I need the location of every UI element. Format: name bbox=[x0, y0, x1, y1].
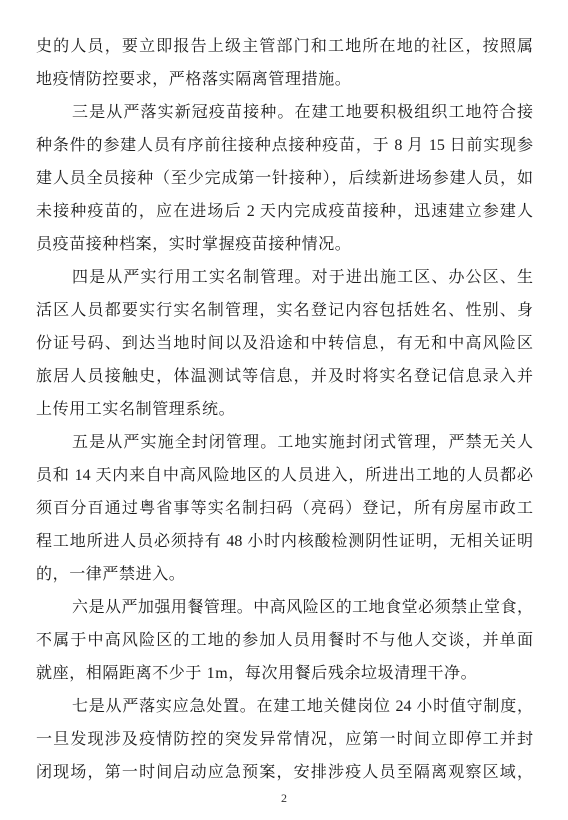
text-line: 须百分百通过粤省事等实名制扫码（亮码）登记，所有房屋市政工 bbox=[36, 492, 533, 525]
text-line: 员疫苗接种档案，实时掌握疫苗接种情况。 bbox=[36, 228, 533, 261]
paragraph-item-7: 七是从严落实应急处置。在建工地关健岗位 24 小时值守制度， 一旦发现涉及疫情防… bbox=[36, 690, 533, 789]
text-line: 旅居人员接触史，体温测试等信息，并及时将实名登记信息录入并 bbox=[36, 360, 533, 393]
text-line: 闭现场，第一时间启动应急预案，安排涉疫人员至隔离观察区域， bbox=[36, 756, 533, 789]
paragraph-continuation: 史的人员，要立即报告上级主管部门和工地所在地的社区，按照属 地疫情防控要求，严格… bbox=[36, 30, 533, 96]
paragraph-item-6: 六是从严加强用餐管理。中高风险区的工地食堂必须禁止堂食， 不属于中高风险区的工地… bbox=[36, 591, 533, 690]
text-line: 地疫情防控要求，严格落实隔离管理措施。 bbox=[36, 63, 533, 96]
paragraph-item-4: 四是从严实行用工实名制管理。对于进出施工区、办公区、生 活区人员都要实行实名制管… bbox=[36, 261, 533, 426]
text-line: 一旦发现涉及疫情防控的突发异常情况，应第一时间立即停工并封 bbox=[36, 723, 533, 756]
text-line: 就座，相隔距离不少于 1m，每次用餐后残余垃圾清理干净。 bbox=[36, 657, 533, 690]
text-line: 史的人员，要立即报告上级主管部门和工地所在地的社区，按照属 bbox=[36, 30, 533, 63]
paragraph-item-5: 五是从严实施全封闭管理。工地实施封闭式管理，严禁无关人 员和 14 天内来自中高… bbox=[36, 426, 533, 591]
text-line: 不属于中高风险区的工地的参加人员用餐时不与他人交谈，并单面 bbox=[36, 624, 533, 657]
text-line: 四是从严实行用工实名制管理。对于进出施工区、办公区、生 bbox=[36, 261, 533, 294]
text-line: 三是从严落实新冠疫苗接种。在建工地要积极组织工地符合接 bbox=[36, 96, 533, 129]
text-line: 程工地所进人员必须持有 48 小时内核酸检测阴性证明，无相关证明 bbox=[36, 525, 533, 558]
text-line: 六是从严加强用餐管理。中高风险区的工地食堂必须禁止堂食， bbox=[36, 591, 533, 624]
text-line: 未接种疫苗的，应在进场后 2 天内完成疫苗接种，迅速建立参建人 bbox=[36, 195, 533, 228]
text-line: 上传用工实名制管理系统。 bbox=[36, 393, 533, 426]
text-line: 份证号码、到达当地时间以及沿途和中转信息，有无和中高风险区 bbox=[36, 327, 533, 360]
text-line: 五是从严实施全封闭管理。工地实施封闭式管理，严禁无关人 bbox=[36, 426, 533, 459]
page-number: 2 bbox=[0, 791, 568, 805]
document-body: 史的人员，要立即报告上级主管部门和工地所在地的社区，按照属 地疫情防控要求，严格… bbox=[36, 30, 533, 789]
text-line: 员和 14 天内来自中高风险地区的人员进入，所进出工地的人员都必 bbox=[36, 459, 533, 492]
paragraph-item-3: 三是从严落实新冠疫苗接种。在建工地要积极组织工地符合接 种条件的参建人员有序前往… bbox=[36, 96, 533, 261]
document-page: 史的人员，要立即报告上级主管部门和工地所在地的社区，按照属 地疫情防控要求，严格… bbox=[0, 0, 568, 820]
text-line: 活区人员都要实行实名制管理，实名登记内容包括姓名、性别、身 bbox=[36, 294, 533, 327]
text-line: 建人员全员接种（至少完成第一针接种），后续新进场参建人员，如 bbox=[36, 162, 533, 195]
text-line: 七是从严落实应急处置。在建工地关健岗位 24 小时值守制度， bbox=[36, 690, 533, 723]
text-line: 的，一律严禁进入。 bbox=[36, 558, 533, 591]
text-line: 种条件的参建人员有序前往接种点接种疫苗，于 8 月 15 日前实现参 bbox=[36, 129, 533, 162]
